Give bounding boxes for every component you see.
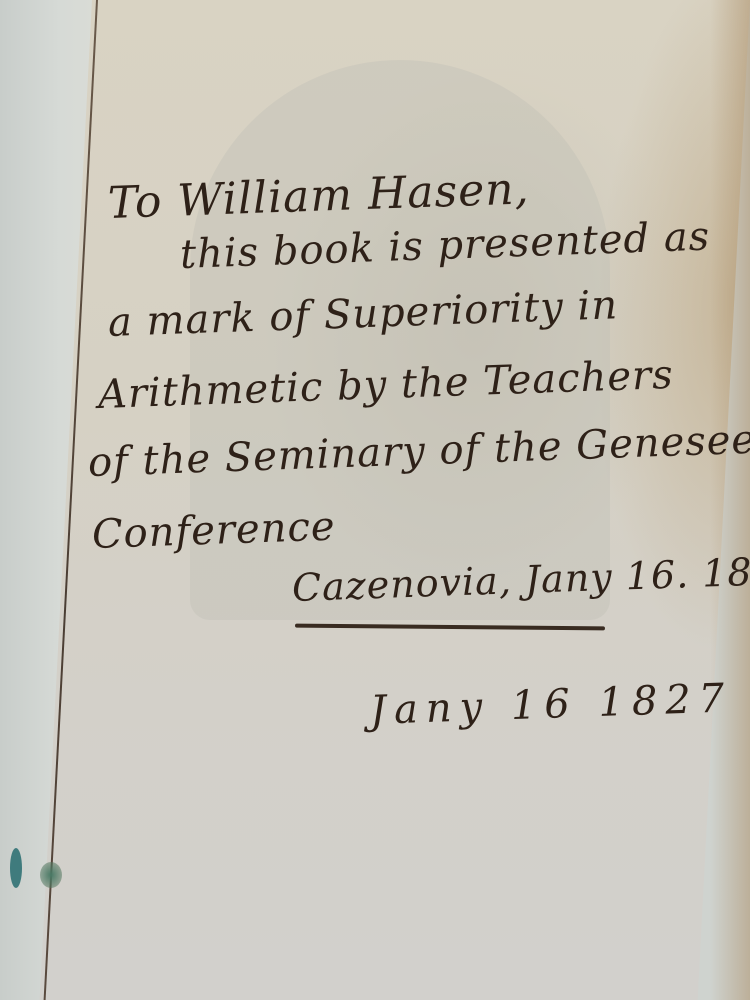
place-date: Cazenovia, Jany 16. 1827: [291, 548, 750, 610]
handwritten-inscription: To William Hasen, this book is presented…: [0, 0, 750, 1000]
signature-underline: [295, 624, 605, 631]
second-date: Jany 16 1827: [369, 675, 733, 734]
inscription-line: Conference: [91, 504, 336, 558]
inscription-line: of the Seminary of the Genesee: [87, 417, 750, 486]
inscription-line: a mark of Superiority in: [107, 282, 619, 346]
inscription-line: Arithmetic by the Teachers: [97, 352, 674, 418]
inscription-line: To William Hasen,: [107, 163, 530, 229]
